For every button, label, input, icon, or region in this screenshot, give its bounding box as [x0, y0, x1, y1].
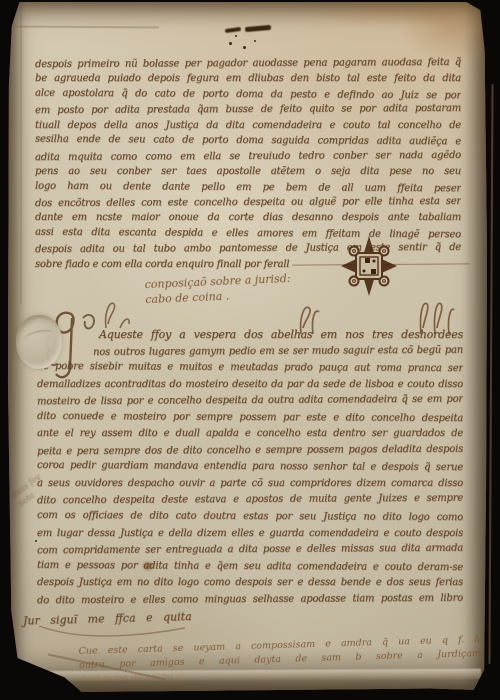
second-paragraph: Aqueste ffoy a vespera dos abelhas em no…: [37, 327, 463, 608]
manuscript-line: demalladizes acontraditas do mosteiro de…: [37, 377, 463, 394]
manuscript-line: despois Justiça em no dito logo como des…: [37, 575, 463, 592]
manuscript-line: dos encõtros delles com este concelho de…: [35, 194, 461, 212]
manuscript-line: do dito mosteiro e elles como minguas se…: [37, 590, 463, 609]
manuscript-line: de pobre sisebir muitas e muitos e meuta…: [37, 359, 463, 378]
ink-dot: [229, 42, 232, 45]
manuscript-line: adita mquita como como em ella se treuiu…: [35, 148, 461, 166]
seal-scribble: [23, 328, 55, 345]
manuscript-line: a seus ouvidores despacho ouvir a parte …: [37, 476, 463, 493]
manuscript-line: Aqueste ffoy a vespera dos abelhas em no…: [37, 327, 463, 344]
dry-seal: [16, 315, 62, 369]
manuscript-line: ante el rey assem dito e duall apalda e …: [37, 426, 463, 443]
manuscript-line: despois primeiro nũ bolasse per pagador …: [35, 55, 461, 73]
manuscript-line: com compridamente ser entreguada a dita …: [37, 541, 463, 560]
ink-dot: [243, 46, 246, 49]
ink-dot: [235, 35, 237, 37]
manuscript-line: mosteiro de lissa por e concelho despeit…: [37, 392, 463, 411]
parchment-page: despois primeiro nũ bolasse per pagador …: [7, 2, 488, 694]
manuscript-photo: despois primeiro nũ bolasse per pagador …: [0, 0, 500, 700]
manuscript-line: em lugar dessa Justiça e della dizem ell…: [37, 526, 463, 543]
manuscript-line: pens ao seu conber ser taes apostolle at…: [35, 164, 461, 179]
manuscript-line: be agraueda puiado depois fegura em dliu…: [35, 71, 461, 86]
manuscript-line: coroa pedir guardiam mandava entendia pa…: [37, 458, 463, 477]
pen-swash: [37, 622, 189, 642]
left-crease: [20, 4, 22, 304]
binding-edge-line: [488, 84, 493, 664]
manuscript-line: com os officiaes de dito cato doutra est…: [37, 508, 463, 527]
manuscript-line: dante em ncste maior onoue da corte dias…: [35, 210, 461, 225]
manuscript-line: em posto por adita prestada q̃am busse d…: [35, 101, 461, 119]
manuscript-line: tiam e pessoas por adita tinha e q̃em se…: [37, 558, 463, 577]
manuscript-line: tiuall depos della anos Justiça da dita …: [35, 118, 461, 133]
ink-dot: [254, 40, 256, 42]
manuscript-line: dito conuede e mosteiro por sempre posse…: [37, 409, 463, 428]
